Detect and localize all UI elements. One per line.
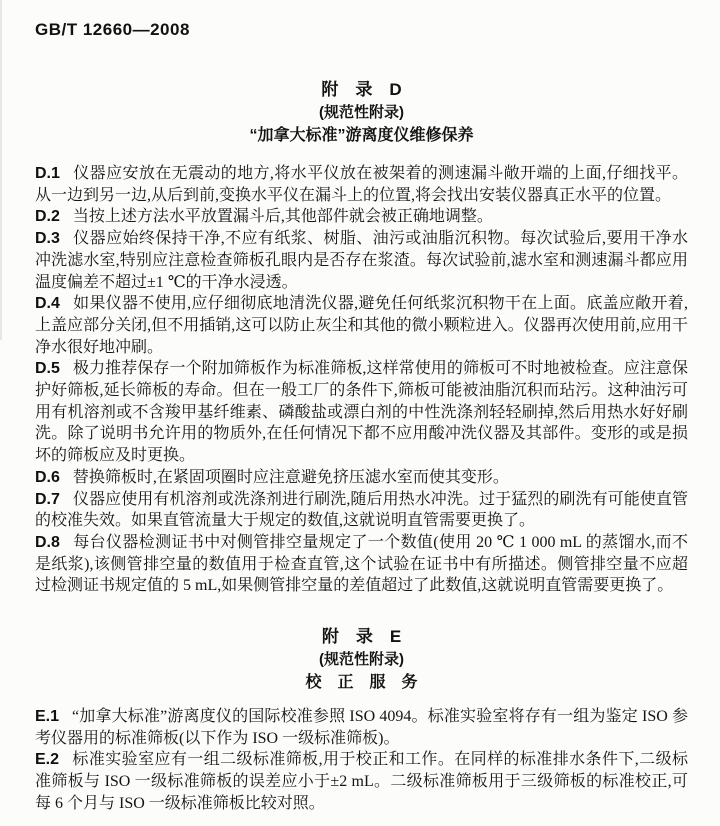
clause-e2-label: E.2 (35, 751, 59, 768)
clause-d3: D.3仪器应始终保持干净,不应有纸浆、树脂、油污或油脂沉积物。每次试验后,要用干… (35, 228, 688, 293)
clause-d8-text: 每台仪器检测证书中对侧管排空量规定了一个数值(使用 20 ℃ 1 000 mL … (35, 534, 688, 594)
appendix-e-section: 附 录 E (规范性附录) 校 正 服 务 E.1“加拿大标准”游离度仪的国际校… (35, 625, 688, 815)
clause-d3-label: D.3 (35, 230, 60, 247)
clause-d5-text: 极力推荐保存一个附加筛板作为标准筛板,这样常使用的筛板可不时地被检查。应注意保护… (35, 360, 688, 464)
clause-d7-label: D.7 (35, 491, 60, 508)
clause-d1-text: 仪器应安放在无震动的地方,将水平仪放在被架着的测速漏斗敞开端的上面,仔细找平。从… (35, 165, 688, 204)
clause-e2-text: 标准实验室应有一组二级标准筛板,用于校正和工作。在同样的标准排水条件下,二级标准… (35, 751, 688, 811)
clause-d6-label: D.6 (35, 469, 60, 486)
clause-e1-label: E.1 (35, 708, 59, 725)
clause-d8-label: D.8 (35, 534, 60, 551)
clause-d6: D.6替换筛板时,在紧固项圈时应注意避免挤压滤水室而使其变形。 (35, 467, 688, 489)
clause-d4: D.4如果仪器不使用,应仔细彻底地清洗仪器,避免任何纸浆沉积物干在上面。底盖应敞… (35, 293, 688, 358)
clause-d2-text: 当按上述方法水平放置漏斗后,其他部件就会被正确地调整。 (73, 208, 493, 225)
appendix-e-heading: 附 录 E (规范性附录) 校 正 服 务 (35, 625, 688, 694)
clause-d6-text: 替换筛板时,在紧固项圈时应注意避免挤压滤水室而使其变形。 (73, 469, 509, 486)
appendix-d-title: 附 录 D (35, 78, 688, 101)
clause-e2: E.2标准实验室应有一组二级标准筛板,用于校正和工作。在同样的标准排水条件下,二… (35, 749, 688, 814)
clause-d5: D.5极力推荐保存一个附加筛板作为标准筛板,这样常使用的筛板可不时地被检查。应注… (35, 358, 688, 467)
clause-d4-text: 如果仪器不使用,应仔细彻底地清洗仪器,避免任何纸浆沉积物干在上面。底盖应敞开着,… (35, 295, 688, 355)
clause-d1: D.1仪器应安放在无震动的地方,将水平仪放在被架着的测速漏斗敞开端的上面,仔细找… (35, 163, 688, 206)
clause-d4-label: D.4 (35, 295, 60, 312)
clause-d1-label: D.1 (35, 165, 60, 182)
clause-d3-text: 仪器应始终保持干净,不应有纸浆、树脂、油污或油脂沉积物。每次试验后,要用干净水冲… (35, 230, 688, 290)
scan-edge-artifact (0, 0, 2, 340)
appendix-e-clauses: E.1“加拿大标准”游离度仪的国际校准参照 ISO 4094。标准实验室将存有一… (35, 706, 688, 815)
appendix-d-heading: 附 录 D (规范性附录) “加拿大标准”游离度仪维修保养 (35, 78, 688, 147)
clause-e1: E.1“加拿大标准”游离度仪的国际校准参照 ISO 4094。标准实验室将存有一… (35, 706, 688, 749)
clause-d2-label: D.2 (35, 208, 60, 225)
clause-d8: D.8每台仪器检测证书中对侧管排空量规定了一个数值(使用 20 ℃ 1 000 … (35, 532, 688, 597)
clause-e1-text: “加拿大标准”游离度仪的国际校准参照 ISO 4094。标准实验室将存有一组为鉴… (35, 708, 688, 747)
standard-number-header: GB/T 12660—2008 (35, 20, 688, 40)
clause-d2: D.2当按上述方法水平放置漏斗后,其他部件就会被正确地调整。 (35, 206, 688, 228)
document-page: GB/T 12660—2008 附 录 D (规范性附录) “加拿大标准”游离度… (0, 0, 720, 826)
appendix-d-clauses: D.1仪器应安放在无震动的地方,将水平仪放在被架着的测速漏斗敞开端的上面,仔细找… (35, 163, 688, 597)
appendix-d-type-note: (规范性附录) (35, 101, 688, 124)
appendix-e-type-note: (规范性附录) (35, 648, 688, 671)
appendix-e-title: 附 录 E (35, 625, 688, 648)
clause-d7-text: 仪器应使用有机溶剂或洗涤剂进行刷洗,随后用热水冲洗。过于猛烈的刷洗有可能使直管的… (35, 491, 688, 530)
appendix-d-subject: “加拿大标准”游离度仪维修保养 (35, 124, 688, 147)
clause-d7: D.7仪器应使用有机溶剂或洗涤剂进行刷洗,随后用热水冲洗。过于猛烈的刷洗有可能使… (35, 489, 688, 532)
appendix-d-section: 附 录 D (规范性附录) “加拿大标准”游离度仪维修保养 D.1仪器应安放在无… (35, 78, 688, 597)
clause-d5-label: D.5 (35, 360, 60, 377)
appendix-e-subject: 校 正 服 务 (35, 671, 688, 694)
